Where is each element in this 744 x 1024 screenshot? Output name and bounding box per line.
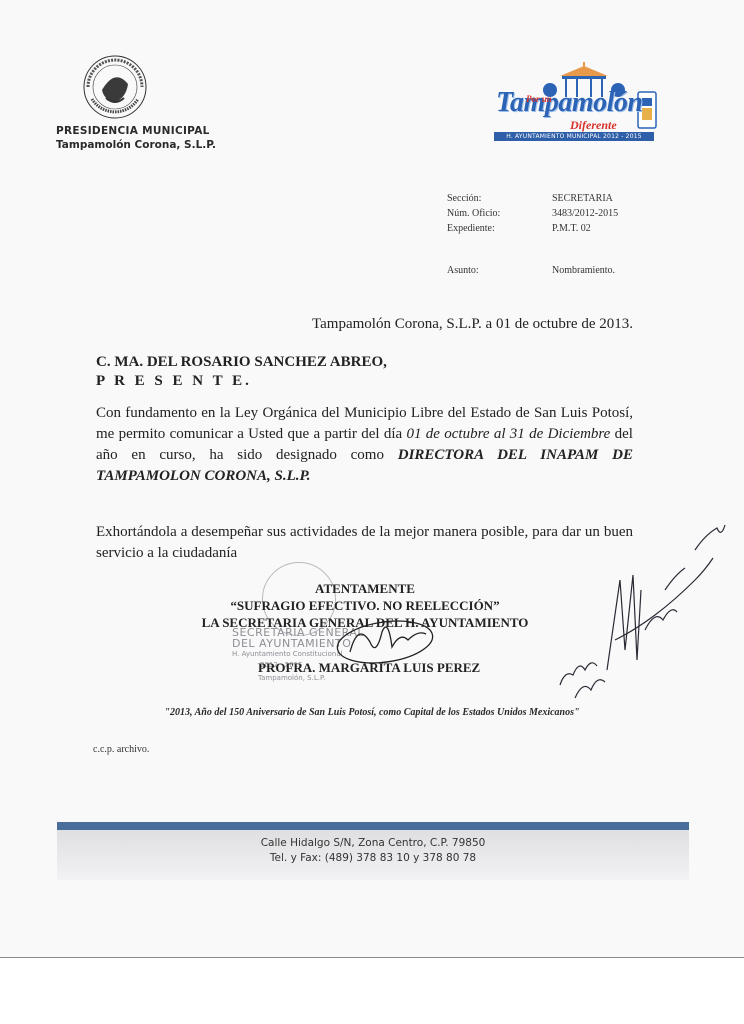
appointment-period: 01 de octubre al 31 de Diciembre xyxy=(406,426,610,442)
meta-label: Núm. Oficio: xyxy=(447,208,537,219)
addressee-name: C. MA. DEL ROSARIO SANCHEZ ABREO, xyxy=(96,353,387,372)
letter-page: PRESIDENCIA MUNICIPAL Tampamolón Corona,… xyxy=(0,0,744,958)
issuer-office: PRESIDENCIA MUNICIPAL xyxy=(56,124,216,138)
logo-wordmark: Tampamolón xyxy=(496,87,642,119)
meta-value: 3483/2012-2015 xyxy=(552,208,618,219)
footer-address: Calle Hidalgo S/N, Zona Centro, C.P. 798… xyxy=(57,836,689,851)
coat-of-arms-seal-icon xyxy=(82,54,148,120)
municipal-logo: Tampamolón Por un Diferente H. AYUNTAMIE… xyxy=(490,62,662,148)
meta-value: Nombramiento. xyxy=(552,265,615,276)
closing: ATENTAMENTE xyxy=(190,580,540,597)
footer-phone: Tel. y Fax: (489) 378 83 10 y 378 80 78 xyxy=(57,851,689,866)
issuer-place: Tampamolón Corona, S.L.P. xyxy=(56,138,216,152)
logo-tagline-top: Por un xyxy=(526,94,552,104)
presente-line: P R E S E N T E. xyxy=(96,372,387,391)
meta-value: P.M.T. 02 xyxy=(552,223,591,234)
logo-tagline-bottom: Diferente xyxy=(570,118,617,133)
carbon-copy-note: c.c.p. archivo. xyxy=(93,744,149,755)
letterhead-footer: Calle Hidalgo S/N, Zona Centro, C.P. 798… xyxy=(57,822,689,880)
date-line: Tampamolón Corona, S.L.P. a 01 de octubr… xyxy=(312,316,633,333)
issuer-header: PRESIDENCIA MUNICIPAL Tampamolón Corona,… xyxy=(56,124,216,152)
footer-bar xyxy=(57,822,689,830)
footer-contact: Calle Hidalgo S/N, Zona Centro, C.P. 798… xyxy=(57,836,689,866)
signer-name: PROFRA. MARGARITA LUIS PEREZ xyxy=(258,660,480,676)
meta-label: Expediente: xyxy=(447,223,537,234)
meta-label: Asunto: xyxy=(447,265,537,276)
appointment-paragraph: Con fundamento en la Ley Orgánica del Mu… xyxy=(96,403,633,487)
official-motto: "2013, Año del 150 Aniversario de San Lu… xyxy=(0,707,744,718)
scan-background xyxy=(0,958,744,1024)
logo-band: H. AYUNTAMIENTO MUNICIPAL 2012 - 2015 xyxy=(494,132,654,141)
meta-label: Sección: xyxy=(447,193,537,204)
handwritten-receipt-icon xyxy=(545,520,735,700)
meta-value: SECRETARIA xyxy=(552,193,613,204)
addressee-block: C. MA. DEL ROSARIO SANCHEZ ABREO, P R E … xyxy=(96,353,387,391)
